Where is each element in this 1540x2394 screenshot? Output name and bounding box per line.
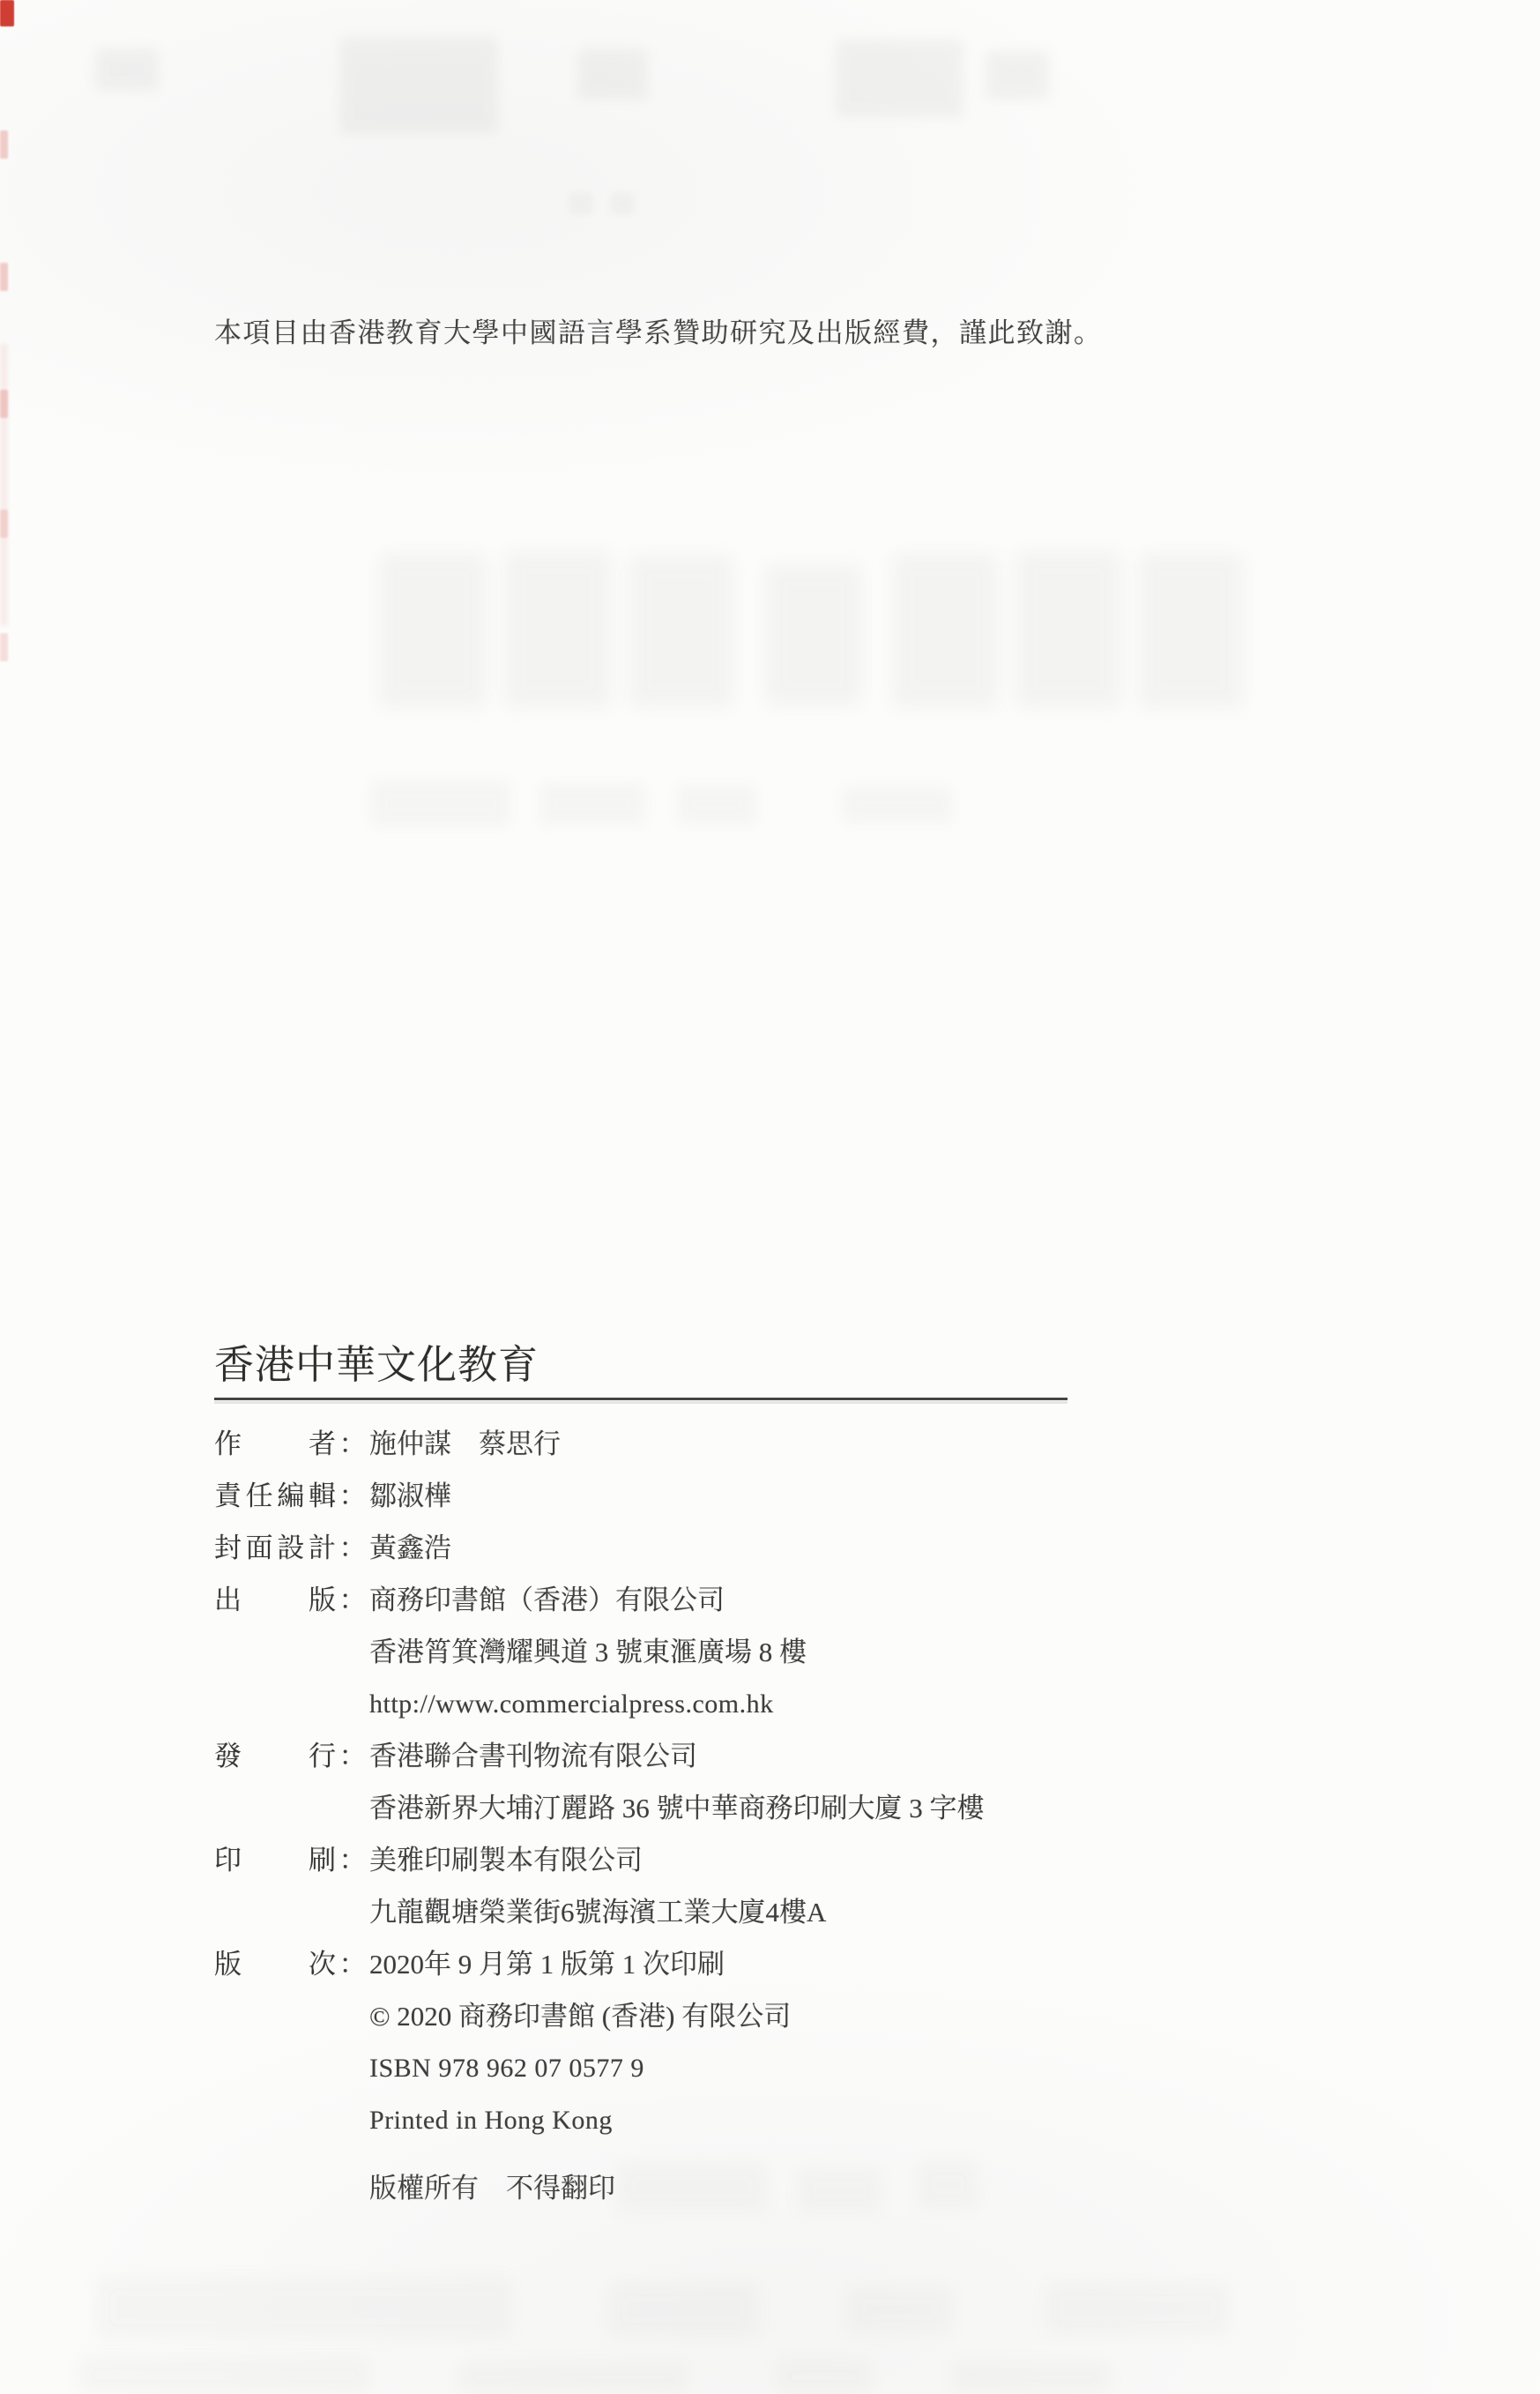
scan-artifact-red-corner-mark bbox=[0, 0, 14, 26]
bleed-through-title-ghost bbox=[1139, 554, 1243, 708]
colophon-row: http://www.commercialpress.com.hk bbox=[214, 1689, 1228, 1719]
book-title: 香港中華文化教育 bbox=[214, 1344, 1228, 1386]
bleed-through-blob bbox=[79, 2356, 370, 2394]
scan-artifact-red-dash bbox=[0, 131, 8, 159]
colophon-row-label: 發行 bbox=[214, 1741, 336, 1771]
bleed-through-title-ghost bbox=[379, 554, 487, 708]
colophon-row: 九龍觀塘榮業街6號海濱工業大廈4樓A bbox=[214, 1898, 1228, 1928]
colophon-row: 責任編輯：鄒淑樺 bbox=[214, 1481, 1228, 1511]
bleed-through-subtitle-ghost bbox=[842, 787, 952, 824]
bleed-through-blob bbox=[610, 192, 635, 215]
colophon-row-value: 版權所有 不得翻印 bbox=[369, 2174, 615, 2204]
colophon-row: 印刷：美雅印刷製本有限公司 bbox=[214, 1846, 1228, 1876]
bleed-through-blob bbox=[95, 48, 159, 91]
bleed-through-blob bbox=[846, 2286, 952, 2334]
bleed-through-blob bbox=[836, 40, 963, 117]
colophon-row-colon: ： bbox=[336, 1585, 369, 1615]
bleed-through-blob bbox=[952, 2361, 1111, 2394]
colophon-row: 版權所有 不得翻印 bbox=[214, 2174, 1228, 2204]
colophon-row: ISBN 978 962 07 0577 9 bbox=[214, 2054, 1228, 2084]
colophon-row-colon: ： bbox=[336, 1741, 369, 1771]
colophon-row: 香港新界大埔汀麗路 36 號中華商務印刷大廈 3 字樓 bbox=[214, 1794, 1228, 1823]
bleed-through-blob bbox=[1045, 2282, 1230, 2335]
colophon-row-value: 商務印書館（香港）有限公司 bbox=[369, 1585, 725, 1615]
bleed-through-blob bbox=[458, 2361, 688, 2394]
title-rule bbox=[214, 1398, 1068, 1400]
colophon-row-value: 香港聯合書刊物流有限公司 bbox=[369, 1741, 697, 1771]
colophon-row-label: 出版 bbox=[214, 1585, 336, 1615]
colophon-row-colon: ： bbox=[336, 1429, 369, 1459]
bleed-through-blob bbox=[986, 51, 1049, 100]
colophon-row-value: http://www.commercialpress.com.hk bbox=[369, 1689, 774, 1719]
colophon-row-colon: ： bbox=[336, 1533, 369, 1563]
colophon-row: 作者：施仲謀 蔡思行 bbox=[214, 1429, 1228, 1459]
colophon-row-colon: ： bbox=[336, 1950, 369, 1980]
colophon-row-label: 版次 bbox=[214, 1950, 336, 1980]
bleed-through-blob bbox=[577, 48, 648, 100]
colophon-row-value: © 2020 商務印書館 (香港) 有限公司 bbox=[369, 2002, 791, 2032]
bleed-through-blob bbox=[608, 2282, 758, 2337]
scan-artifact-pink-smear bbox=[0, 344, 8, 626]
colophon-block: 香港中華文化教育 作者：施仲謀 蔡思行責任編輯：鄒淑樺封面設計：黃鑫浩出版：商務… bbox=[214, 1344, 1228, 2226]
colophon-row: 封面設計：黃鑫浩 bbox=[214, 1533, 1228, 1563]
bleed-through-blob bbox=[776, 2359, 873, 2394]
colophon-row: © 2020 商務印書館 (香港) 有限公司 bbox=[214, 2002, 1228, 2032]
bleed-through-subtitle-ghost bbox=[677, 785, 756, 824]
colophon-row-value: 施仲謀 蔡思行 bbox=[369, 1429, 561, 1459]
colophon-row-value: 黃鑫浩 bbox=[369, 1533, 451, 1563]
colophon-row-label: 作者 bbox=[214, 1429, 336, 1459]
bleed-through-title-ghost bbox=[504, 551, 612, 708]
colophon-row-value: 香港新界大埔汀麗路 36 號中華商務印刷大廈 3 字樓 bbox=[369, 1794, 985, 1823]
acknowledgment-text: 本項目由香港教育大學中國語言學系贊助研究及出版經費，謹此致謝。 bbox=[214, 310, 1103, 350]
bleed-through-title-ghost bbox=[629, 556, 733, 707]
colophon-row-value: 香港筲箕灣耀興道 3 號東滙廣場 8 樓 bbox=[369, 1637, 807, 1667]
bleed-through-title-ghost bbox=[892, 554, 998, 708]
scanned-book-colophon-page: 本項目由香港教育大學中國語言學系贊助研究及出版經費，謹此致謝。 香港中華文化教育… bbox=[0, 0, 1540, 2394]
colophon-row: Printed in Hong Kong bbox=[214, 2106, 1228, 2136]
bleed-through-blob bbox=[569, 192, 593, 215]
colophon-row: 版次：2020年 9 月第 1 版第 1 次印刷 bbox=[214, 1950, 1228, 1980]
colophon-row-value: Printed in Hong Kong bbox=[369, 2106, 613, 2136]
bleed-through-title-ghost bbox=[765, 564, 862, 705]
colophon-rows: 作者：施仲謀 蔡思行責任編輯：鄒淑樺封面設計：黃鑫浩出版：商務印書館（香港）有限… bbox=[214, 1429, 1228, 2204]
bleed-through-subtitle-ghost bbox=[370, 780, 511, 826]
scan-artifact-red-dash bbox=[0, 633, 8, 661]
colophon-row-value: 2020年 9 月第 1 版第 1 次印刷 bbox=[369, 1950, 725, 1980]
bleed-through-subtitle-ghost bbox=[539, 783, 645, 825]
scan-artifact-red-dash bbox=[0, 263, 8, 291]
bleed-through-blob bbox=[339, 37, 498, 134]
colophon-row: 發行：香港聯合書刊物流有限公司 bbox=[214, 1741, 1228, 1771]
colophon-row-label: 責任編輯 bbox=[214, 1481, 336, 1511]
bleed-through-title-ghost bbox=[1016, 551, 1121, 708]
colophon-row: 出版：商務印書館（香港）有限公司 bbox=[214, 1585, 1228, 1615]
colophon-row-colon: ： bbox=[336, 1846, 369, 1876]
colophon-row-colon: ： bbox=[336, 1481, 369, 1511]
colophon-row: 香港筲箕灣耀興道 3 號東滙廣場 8 樓 bbox=[214, 1637, 1228, 1667]
colophon-row-value: 美雅印刷製本有限公司 bbox=[369, 1846, 643, 1876]
colophon-row-label: 印刷 bbox=[214, 1846, 336, 1876]
colophon-row-value: ISBN 978 962 07 0577 9 bbox=[369, 2054, 644, 2084]
colophon-row-label: 封面設計 bbox=[214, 1533, 336, 1563]
bleed-through-blob bbox=[97, 2277, 511, 2338]
colophon-row-value: 九龍觀塘榮業街6號海濱工業大廈4樓A bbox=[369, 1898, 826, 1928]
colophon-row-value: 鄒淑樺 bbox=[369, 1481, 451, 1511]
